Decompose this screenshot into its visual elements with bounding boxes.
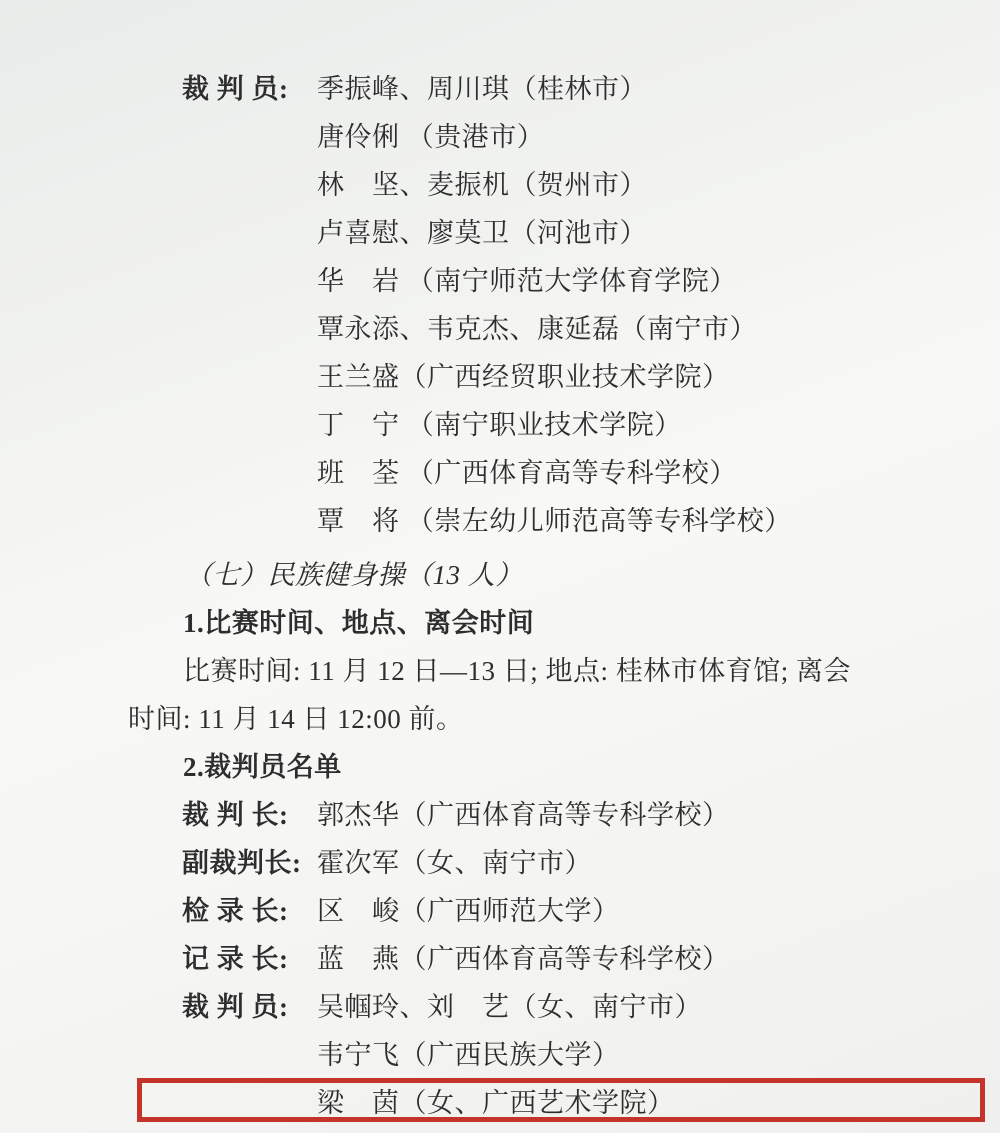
role-label: 记 录 长: [182,937,289,976]
names-text: 唐伶俐 （贵港市） [317,115,544,154]
judge-row: 裁 判 员: 季振峰、周川琪（桂林市） [0,62,1000,110]
judge-row: 记 录 长: 蓝 燕（广西体育高等专科学校） [0,932,1000,980]
names-text: 丁 宁 （南宁职业技术学院） [317,403,682,442]
judge-row-highlighted: 梁 茵（女、广西艺术学院） [0,1076,1000,1124]
judge-row: 裁 判 长: 郭杰华（广西体育高等专科学校） [0,788,1000,836]
role-label: 裁 判 长: [182,793,289,832]
role-label: 裁 判 员: [182,67,289,106]
judge-row: 卢喜慰、廖莫卫（河池市） [0,206,1000,254]
judge-row: 副裁判长: 霍次军（女、南宁市） [0,836,1000,884]
judge-row: 林 坚、麦振机（贺州市） [0,158,1000,206]
role-label: 检 录 长: [182,889,289,928]
judge-row: 唐伶俐 （贵港市） [0,110,1000,158]
names-text: 韦宁飞（广西民族大学） [317,1033,620,1072]
names-text: 郭杰华（广西体育高等专科学校） [317,793,730,832]
paragraph-line: 时间: 11 月 14 日 12:00 前。 [0,692,1000,740]
names-text: 卢喜慰、廖莫卫（河池市） [317,211,647,250]
names-text: 季振峰、周川琪（桂林市） [317,67,647,106]
section-heading: （七）民族健身操（13 人） [0,548,1000,596]
paragraph-line: 比赛时间: 11 月 12 日—13 日; 地点: 桂林市体育馆; 离会 [0,644,1000,692]
names-text: 王兰盛（广西经贸职业技术学院） [317,355,730,394]
judge-row: 华 岩 （南宁师范大学体育学院） [0,254,1000,302]
names-text: 覃 将 （崇左幼儿师范高等专科学校） [317,499,792,538]
subsection-heading-referees-text: 2.裁判员名单 [183,745,342,784]
judge-row: 裁 判 员: 吴帼玲、刘 艺（女、南宁市） [0,980,1000,1028]
names-text: 覃永添、韦克杰、康延磊（南宁市） [317,307,757,346]
paragraph-text: 时间: 11 月 14 日 12:00 前。 [128,697,464,736]
section-heading-text: （七）民族健身操（13 人） [185,553,523,592]
judge-row: 班 荃 （广西体育高等专科学校） [0,446,1000,494]
names-text: 霍次军（女、南宁市） [317,841,592,880]
names-text: 华 岩 （南宁师范大学体育学院） [317,259,737,298]
role-label: 副裁判长: [182,841,302,880]
judge-row: 覃永添、韦克杰、康延磊（南宁市） [0,302,1000,350]
names-text: 林 坚、麦振机（贺州市） [317,163,647,202]
document-page: 裁 判 员: 季振峰、周川琪（桂林市） 唐伶俐 （贵港市） 林 坚、麦振机（贺州… [0,0,1000,1133]
subsection-heading-time: 1.比赛时间、地点、离会时间 [0,596,1000,644]
judge-row: 检 录 长: 区 峻（广西师范大学） [0,884,1000,932]
role-label: 裁 判 员: [182,985,289,1024]
subsection-heading-time-text: 1.比赛时间、地点、离会时间 [183,601,534,640]
judge-row: 韦宁飞（广西民族大学） [0,1028,1000,1076]
paragraph-text: 比赛时间: 11 月 12 日—13 日; 地点: 桂林市体育馆; 离会 [183,649,851,688]
judge-row: 丁 宁 （南宁职业技术学院） [0,398,1000,446]
judge-row: 王兰盛（广西经贸职业技术学院） [0,350,1000,398]
names-text: 蓝 燕（广西体育高等专科学校） [317,937,730,976]
names-text: 班 荃 （广西体育高等专科学校） [317,451,737,490]
names-text: 吴帼玲、刘 艺（女、南宁市） [317,985,702,1024]
subsection-heading-referees: 2.裁判员名单 [0,740,1000,788]
names-text: 梁 茵（女、广西艺术学院） [317,1081,675,1120]
judge-row: 覃 将 （崇左幼儿师范高等专科学校） [0,494,1000,542]
names-text: 区 峻（广西师范大学） [317,889,620,928]
